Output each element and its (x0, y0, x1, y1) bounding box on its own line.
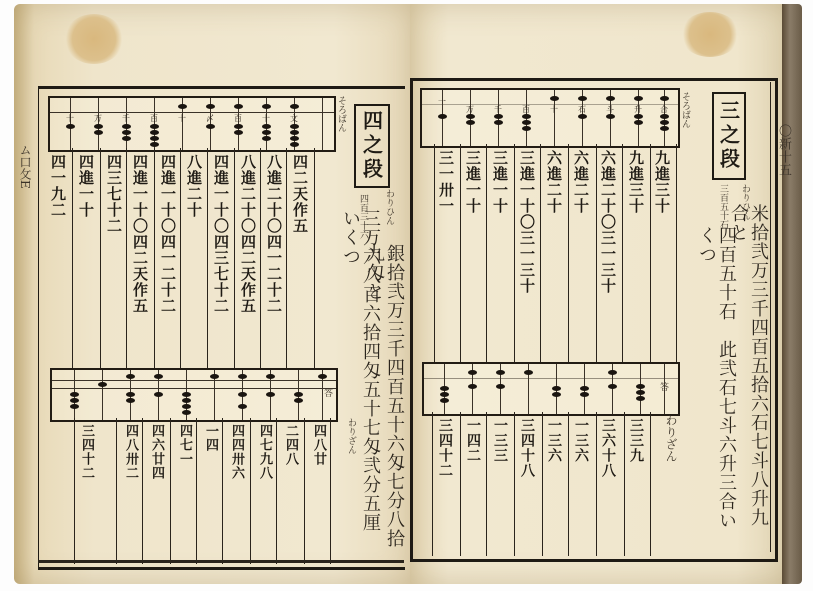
table-column: 三進一十 (492, 150, 508, 214)
table-column: 二四八 (282, 424, 298, 466)
table-column: 四進一十〇四一二十二 (160, 154, 176, 314)
table-column: 六進二十 (546, 150, 562, 214)
table-column: 一四 (202, 424, 218, 452)
table-column: 一三六 (546, 418, 562, 463)
section-title: 四之段 (354, 104, 390, 188)
water-stain (680, 12, 740, 57)
right-margin-label: 〇新十五 (776, 124, 790, 176)
table-column: 四一九二 (50, 154, 66, 218)
table-column: 一三六 (573, 418, 589, 463)
table-column: 八進二十 (186, 154, 202, 218)
table-column: 四進一十〇四二天作五 (132, 154, 148, 314)
table-column: 九進三十 (654, 150, 670, 214)
table-column: 三一卅一 (438, 150, 454, 214)
right-page: 〇新十五 一 万 千 百 十 石 斗 升 合 そろばん 三之段 わりひん (410, 4, 794, 584)
table-column: 八進二十〇四二天作五 (240, 154, 256, 314)
book-edge (782, 4, 802, 584)
right-bottom-abacus (422, 362, 680, 416)
table-column: 四四卅六 (228, 424, 244, 480)
abacus-caption: そろばん (680, 92, 690, 128)
problem-text-2: 四百五十石 此弐石七斗六升三合いくつ (696, 226, 736, 546)
table-column: 九進三十 (628, 150, 644, 214)
table-column: 四七一 (176, 424, 192, 466)
table-column: 三三九 (628, 418, 644, 463)
table-column: 一四二 (465, 418, 481, 463)
table-column: 四六廿四 (148, 424, 164, 480)
left-bottom-abacus (50, 368, 338, 422)
open-book: ム口攵E 十 万 千 百 十 〆 百 十 文 そろばん 四之段 (14, 4, 804, 584)
left-top-abacus: 十 万 千 百 十 〆 百 十 文 (48, 96, 336, 152)
problem-text-2: 三万六八百六拾四匁五十七匁弐分五厘いくつ (340, 209, 380, 549)
abacus-caption: そろばん (336, 96, 346, 132)
table-column: 三四十二 (437, 418, 453, 478)
table-column: 三四十二 (78, 424, 94, 480)
table-column: 四八廿 (310, 424, 326, 466)
section-title: 三之段 (712, 92, 746, 180)
table-column: 三六十八 (600, 418, 616, 478)
table-column: 四三七十二 (106, 154, 122, 234)
table-column: 三四十八 (519, 418, 535, 478)
right-top-abacus: 一 万 千 百 十 石 斗 升 合 (420, 88, 680, 148)
water-stain (64, 14, 124, 64)
table-column: 一三三 (492, 418, 508, 463)
table-column: 三進一十〇三一三十 (519, 150, 535, 294)
left-page: ム口攵E 十 万 千 百 十 〆 百 十 文 そろばん 四之段 (14, 4, 414, 584)
table-column: 六進二十 (573, 150, 589, 214)
table-column: 四八卅二 (122, 424, 138, 480)
table-column: 四進一十 (78, 154, 94, 218)
table-column: 八進二十〇四一二十二 (266, 154, 282, 314)
table-column: 三進一十 (465, 150, 481, 214)
left-margin-label: ム口攵E (20, 144, 30, 189)
table-column: 四進一十〇四三七十二 (213, 154, 229, 314)
table-column: 四二天作五 (292, 154, 308, 234)
bottom-rule (38, 560, 404, 563)
table-column: 四七九八 (256, 424, 272, 480)
table-column: 六進二十〇三一三十 (600, 150, 616, 294)
